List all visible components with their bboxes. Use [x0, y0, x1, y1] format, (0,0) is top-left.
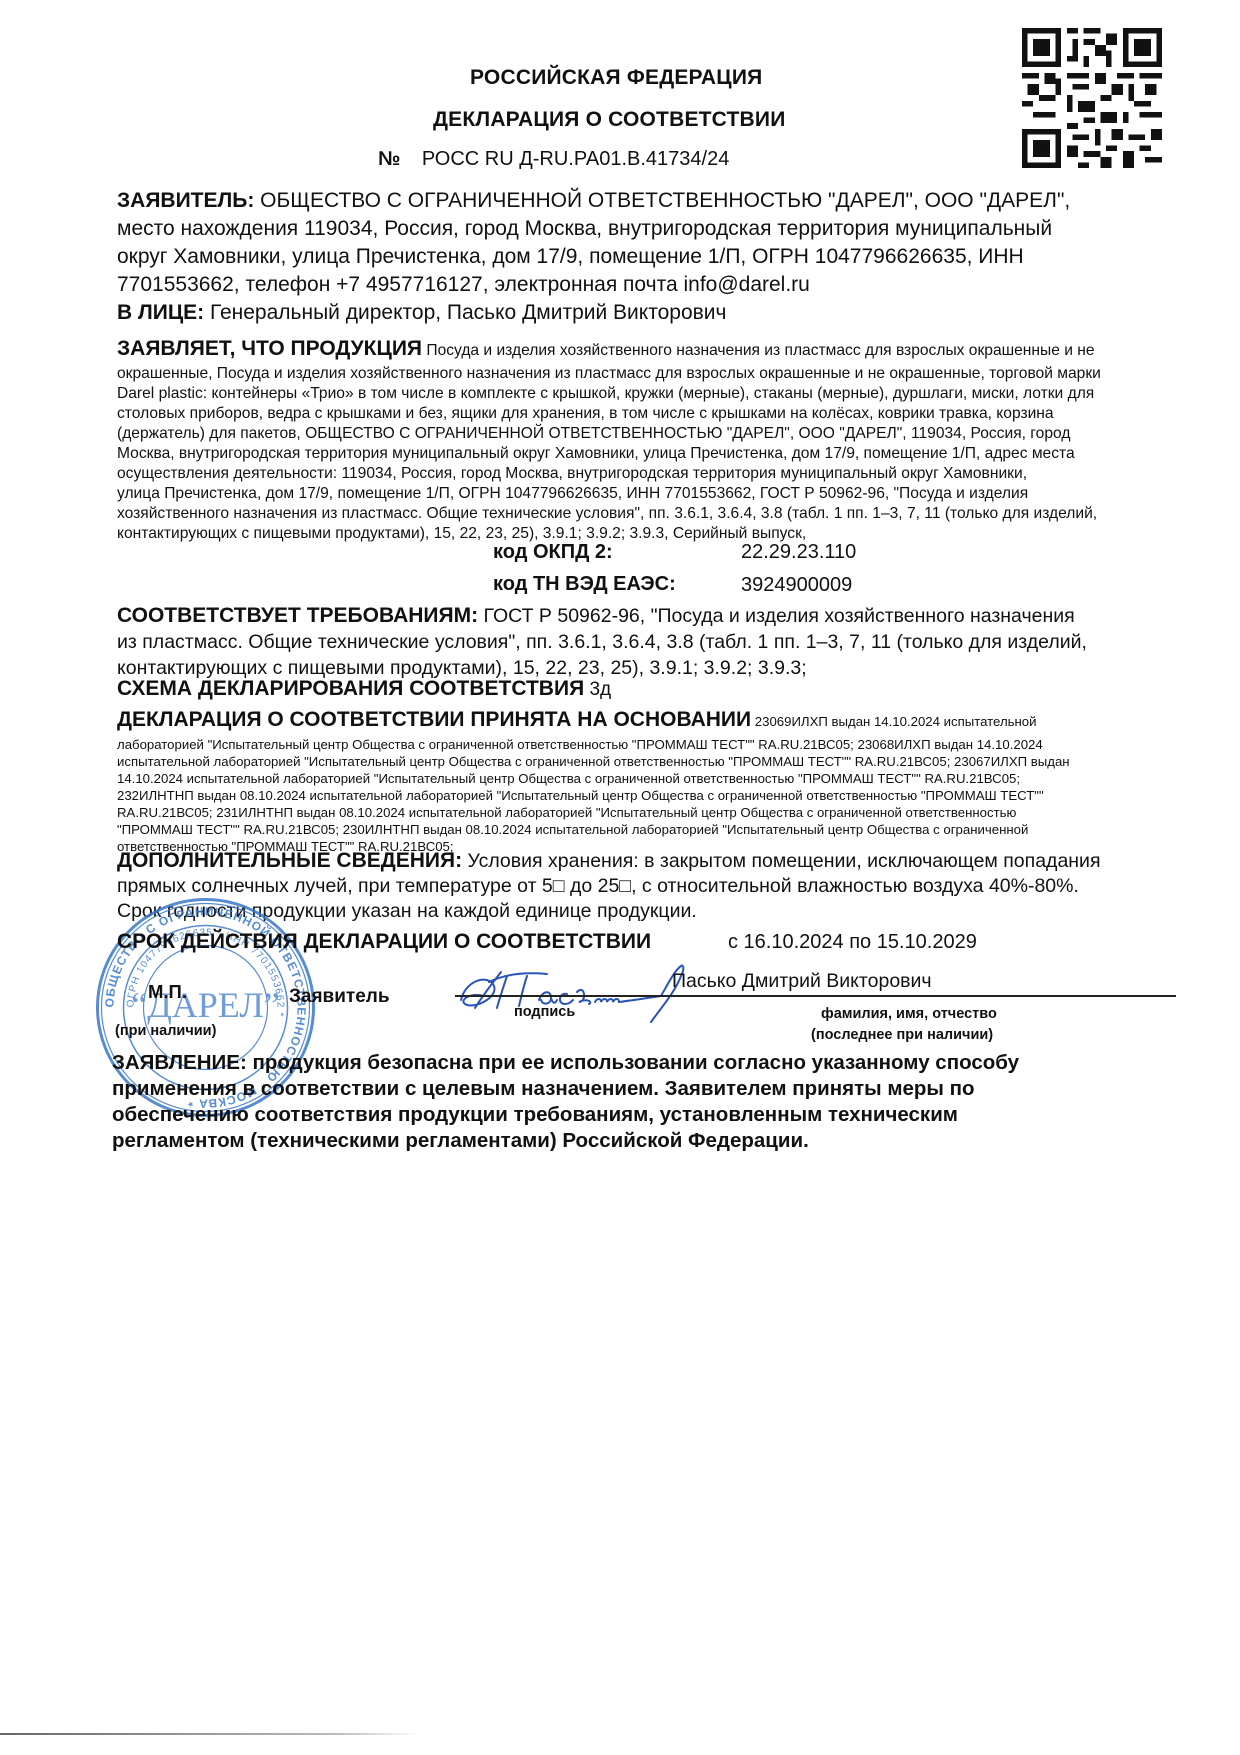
- scheme-row: СХЕМА ДЕКЛАРИРОВАНИЯ СООТВЕТСТВИЯ 3д: [117, 677, 611, 701]
- requirements-section: СООТВЕТСТВУЕТ ТРЕБОВАНИЯМ: ГОСТ Р 50962-…: [117, 603, 1217, 681]
- validity-label: СРОК ДЕЙСТВИЯ ДЕКЛАРАЦИИ О СООТВЕТСТВИИ: [117, 930, 651, 954]
- signature-caption: подпись: [514, 1004, 575, 1020]
- declaration-page: РОССИЙСКАЯ ФЕДЕРАЦИЯ ДЕКЛАРАЦИЯ О СООТВЕ…: [0, 0, 1240, 1755]
- basis-line: лабораторией "Испытательный центр Общест…: [117, 736, 1217, 753]
- product-label: ЗАЯВЛЯЕТ, ЧТО ПРОДУКЦИЯ: [117, 337, 422, 360]
- statement-line: регламентом (техническими регламентами) …: [112, 1128, 1212, 1154]
- requirements-line: из пластмасс. Общие технические условия"…: [117, 629, 1217, 655]
- basis-line: испытательной лабораторией "Испытательны…: [117, 753, 1217, 770]
- stamp-note: (при наличии): [115, 1023, 216, 1039]
- additional-line: Условия хранения: в закрытом помещении, …: [462, 850, 1100, 872]
- product-line: окрашенные, Посуда и изделия хозяйственн…: [117, 364, 1217, 384]
- additional-label: ДОПОЛНИТЕЛЬНЫЕ СВЕДЕНИЯ:: [117, 849, 462, 872]
- name-caption: фамилия, имя, отчество: [821, 1006, 997, 1022]
- basis-line: 14.10.2024 испытательной лабораторией "И…: [117, 770, 1217, 787]
- okpd-value: 22.29.23.110: [741, 541, 856, 564]
- product-line: Москва, внутригородская территория муниц…: [117, 444, 1217, 464]
- applicant-line: место нахождения 119034, Россия, город М…: [117, 215, 1197, 243]
- handwritten-signature-icon: [455, 962, 700, 1032]
- basis-line: RA.RU.21ВС05; 231ИЛНТНП выдан 08.10.2024…: [117, 804, 1217, 821]
- applicant-section: ЗАЯВИТЕЛЬ: ОБЩЕСТВО С ОГРАНИЧЕННОЙ ОТВЕТ…: [117, 187, 1197, 327]
- applicant-line: 7701553662, телефон +7 4957716127, элект…: [117, 271, 1197, 299]
- basis-section: ДЕКЛАРАЦИЯ О СООТВЕТСТВИИ ПРИНЯТА НА ОСН…: [117, 706, 1217, 855]
- requirements-line: ГОСТ Р 50962-96, "Посуда и изделия хозяй…: [478, 605, 1075, 627]
- product-section: ЗАЯВЛЯЕТ, ЧТО ПРОДУКЦИЯ Посуда и изделия…: [117, 336, 1217, 544]
- product-line: контактирующих с пищевыми продуктами), 1…: [117, 524, 1217, 544]
- validity-value: с 16.10.2024 по 15.10.2029: [728, 931, 977, 954]
- okpd-label: код ОКПД 2:: [493, 541, 613, 564]
- document-title: ДЕКЛАРАЦИЯ О СООТВЕТСТВИИ: [433, 108, 786, 132]
- scan-edge-line: [0, 1733, 420, 1735]
- product-line: (держатель) для пакетов, ОБЩЕСТВО С ОГРА…: [117, 424, 1217, 444]
- basis-line: "ПРОММАШ ТЕСТ"" RA.RU.21ВС05; 230ИЛНТНП …: [117, 821, 1217, 838]
- applicant-sign-label: Заявитель: [289, 986, 390, 1008]
- basis-line: 23069ИЛХП выдан 14.10.2024 испытательной: [751, 714, 1036, 729]
- product-line: столовых приборов, ведра с крышками и бе…: [117, 404, 1217, 424]
- statement-section: ЗАЯВЛЕНИЕ: продукция безопасна при ее ис…: [112, 1050, 1212, 1154]
- country-title: РОССИЙСКАЯ ФЕДЕРАЦИЯ: [470, 66, 762, 90]
- represented-label: В ЛИЦЕ:: [117, 301, 204, 324]
- applicant-label: ЗАЯВИТЕЛЬ:: [117, 189, 254, 212]
- number-value: РОСС RU Д-RU.РА01.В.41734/24: [422, 148, 729, 170]
- basis-line: 232ИЛНТНП выдан 08.10.2024 испытательной…: [117, 787, 1217, 804]
- product-line: улица Пречистенка, дом 17/9, помещение 1…: [117, 484, 1217, 504]
- statement-line: обеспечению соответствия продукции требо…: [112, 1102, 1212, 1128]
- statement-line: продукция безопасна при ее использовании…: [247, 1051, 1019, 1074]
- statement-label: ЗАЯВЛЕНИЕ:: [112, 1051, 247, 1074]
- document-number: № РОСС RU Д-RU.РА01.В.41734/24: [378, 148, 729, 171]
- product-line: Посуда и изделия хозяйственного назначен…: [422, 342, 1095, 359]
- applicant-line: округ Хамовники, улица Пречистенка, дом …: [117, 243, 1197, 271]
- scheme-label: СХЕМА ДЕКЛАРИРОВАНИЯ СООТВЕТСТВИЯ: [117, 677, 584, 700]
- applicant-line: ОБЩЕСТВО С ОГРАНИЧЕННОЙ ОТВЕТСТВЕННОСТЬЮ…: [254, 189, 1070, 212]
- basis-label: ДЕКЛАРАЦИЯ О СООТВЕТСТВИИ ПРИНЯТА НА ОСН…: [117, 708, 751, 731]
- requirements-label: СООТВЕТСТВУЕТ ТРЕБОВАНИЯМ:: [117, 604, 478, 627]
- product-line: хозяйственного назначения из пластмасс. …: [117, 504, 1217, 524]
- tnved-label: код ТН ВЭД ЕАЭС:: [493, 573, 676, 596]
- product-line: осуществления деятельности: 119034, Росс…: [117, 464, 1217, 484]
- tnved-value: 3924900009: [741, 574, 852, 597]
- name-underline: [683, 995, 1176, 997]
- signer-name: Пасько Дмитрий Викторович: [672, 970, 932, 993]
- name-caption-note: (последнее при наличии): [811, 1027, 993, 1043]
- scheme-value: 3д: [584, 679, 611, 700]
- product-line: Darel plastic: контейнеры «Трио» в том ч…: [117, 384, 1217, 404]
- number-sign: №: [378, 148, 400, 170]
- qr-code-icon: [1022, 28, 1162, 168]
- signature-underline: [455, 995, 700, 997]
- statement-line: применения в соответствии с целевым назн…: [112, 1076, 1212, 1102]
- represented-value: Генеральный директор, Пасько Дмитрий Вик…: [204, 301, 726, 324]
- stamp-place-label: М.П.: [148, 981, 187, 1003]
